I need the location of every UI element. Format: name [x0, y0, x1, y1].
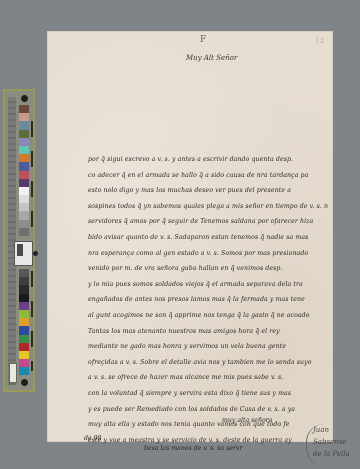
- folio-mark: F: [200, 35, 206, 45]
- text-line: co adecer q̃ en el armada se hallo q̃ a …: [88, 168, 328, 184]
- color-patch: [19, 171, 29, 179]
- text-line: muy alta ella y estado nos tenia quanto …: [88, 417, 328, 433]
- color-patch: [19, 195, 29, 203]
- signature-line: de la Pella: [313, 448, 360, 460]
- color-patch: [19, 203, 29, 211]
- manuscript-page: F 13 Muy Alt Señor por q̃ sigui escrevo …: [48, 32, 332, 441]
- text-line: al gunt acogimos ne son q̃ apprime nos t…: [88, 308, 328, 324]
- text-line: Tantas los mas atenanto nuestros mas ami…: [88, 324, 328, 340]
- registration-dot-bottom: [21, 379, 28, 386]
- label-box: [14, 241, 33, 266]
- text-line: esto nolo digo y mas los muchas deseo ve…: [88, 183, 328, 199]
- text-line: a v. s. se ofrece de hazer mas alcance m…: [88, 370, 328, 386]
- color-patch: [19, 285, 29, 293]
- letter-body: por q̃ sigui escrevo a v. s. y antes a e…: [88, 152, 328, 448]
- color-patch: [19, 367, 29, 375]
- color-patch: [19, 211, 29, 219]
- signature-line: Juan Sabsense: [313, 424, 360, 448]
- color-patch: [19, 154, 29, 162]
- text-line: por q̃ sigui escrevo a v. s. y antes a e…: [88, 152, 328, 168]
- color-patch: [19, 220, 29, 228]
- registration-dot-mid: [33, 251, 38, 256]
- text-line: nra esperança como al gen estado a v. s.…: [88, 246, 328, 262]
- color-patches-bottom: [19, 269, 29, 375]
- color-patch: [19, 146, 29, 154]
- color-patch: [19, 326, 29, 334]
- color-patch: [19, 187, 29, 195]
- text-line: sospines todos q̃ yn sabemos quales pleg…: [88, 199, 328, 215]
- color-patch: [19, 318, 29, 326]
- text-line: mediante ne gado mas honra y servimos un…: [88, 339, 328, 355]
- page-number: 13: [315, 37, 324, 45]
- text-line: servidores q̃ amos por q̃ seguir de Tene…: [88, 214, 328, 230]
- color-patch: [19, 105, 29, 113]
- signature: Juan Sabsensede la Pella: [306, 424, 360, 466]
- text-line: ofreçidas a v. s. Sobre el detalle avia …: [88, 355, 328, 371]
- color-patches-top: [19, 105, 29, 236]
- date-line: de 98: [84, 435, 101, 442]
- text-line: bido avisar quanto de v. s. Sadaparon es…: [88, 230, 328, 246]
- color-patch: [19, 302, 29, 310]
- color-patch: [19, 113, 29, 121]
- registration-dot-top: [21, 95, 28, 102]
- color-patch: [19, 277, 29, 285]
- closing-line: muy alta señora: [222, 417, 272, 424]
- color-patch: [19, 130, 29, 138]
- salutation: besa las manos de v. s. su servr: [144, 445, 242, 452]
- letter-heading: Muy Alt Señor: [186, 54, 237, 62]
- color-patch: [19, 179, 29, 187]
- color-patch: [19, 359, 29, 367]
- text-line: y es puede ser Remediado con los soldado…: [88, 402, 328, 418]
- color-patch: [19, 310, 29, 318]
- text-line: engañados de antes nos presos lamos mas …: [88, 292, 328, 308]
- color-patch: [19, 335, 29, 343]
- color-patch: [19, 343, 29, 351]
- color-patch: [19, 228, 29, 236]
- text-line: con la voluntad q̃ siempre y servira est…: [88, 386, 328, 402]
- color-patch: [19, 351, 29, 359]
- color-calibration-chart: [3, 89, 35, 392]
- color-patch: [19, 294, 29, 302]
- color-patch: [19, 138, 29, 146]
- text-line: y lo mia pues somos soldados viejos q̃ e…: [88, 277, 328, 293]
- color-patch: [19, 121, 29, 129]
- color-patch: [19, 269, 29, 277]
- text-line: venido por m. de vra señora gaba hallan …: [88, 261, 328, 277]
- color-patch: [19, 162, 29, 170]
- barcode-tag: [9, 363, 17, 383]
